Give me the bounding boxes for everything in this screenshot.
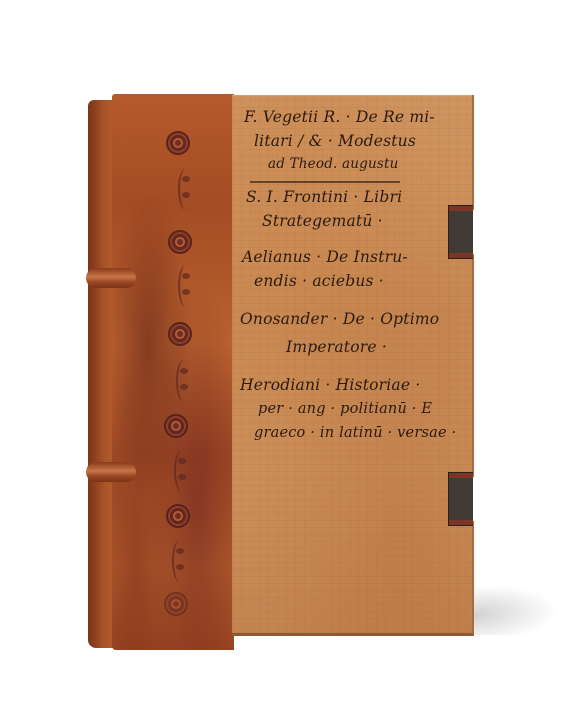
inscription-line: Herodiani · Historiae · bbox=[240, 378, 421, 394]
inscription-line: Onosander · De · Optimo bbox=[240, 312, 439, 328]
vine-icon bbox=[172, 540, 188, 582]
inscription-line: Aelianus · De Instru- bbox=[242, 250, 408, 266]
rose-icon bbox=[164, 414, 188, 438]
vine-icon bbox=[174, 450, 190, 492]
inscription-line: endis · aciebus · bbox=[254, 274, 384, 290]
rose-icon bbox=[166, 131, 190, 155]
lower-clasp-catch bbox=[448, 472, 473, 526]
upper-clasp-catch bbox=[448, 205, 473, 259]
rose-icon bbox=[164, 592, 188, 616]
wooden-front-board bbox=[232, 95, 474, 636]
inscription-line: Imperatore · bbox=[286, 340, 387, 356]
inscription-line: ad Theod. augustu bbox=[268, 158, 399, 172]
rose-icon bbox=[168, 230, 192, 254]
raised-band-lower bbox=[86, 462, 136, 482]
rose-icon bbox=[166, 504, 190, 528]
inscription-line: litari / & · Modestus bbox=[254, 134, 416, 150]
photo-scene: F. Vegetii R. · De Re mi- litari / & · M… bbox=[0, 0, 580, 706]
vine-icon bbox=[178, 168, 194, 210]
vine-icon bbox=[176, 360, 192, 402]
divider-rule bbox=[250, 181, 400, 183]
inscription-line: Strategematū · bbox=[262, 214, 383, 230]
inscription-line: graeco · in latinū · versae · bbox=[254, 426, 456, 441]
inscription-line: per · ang · politianū · E bbox=[258, 402, 432, 417]
raised-band-upper bbox=[86, 268, 136, 288]
rose-icon bbox=[168, 322, 192, 346]
inscription-line: F. Vegetii R. · De Re mi- bbox=[244, 110, 435, 126]
inscription-line: S. I. Frontini · Libri bbox=[246, 190, 402, 206]
vine-icon bbox=[178, 265, 194, 307]
